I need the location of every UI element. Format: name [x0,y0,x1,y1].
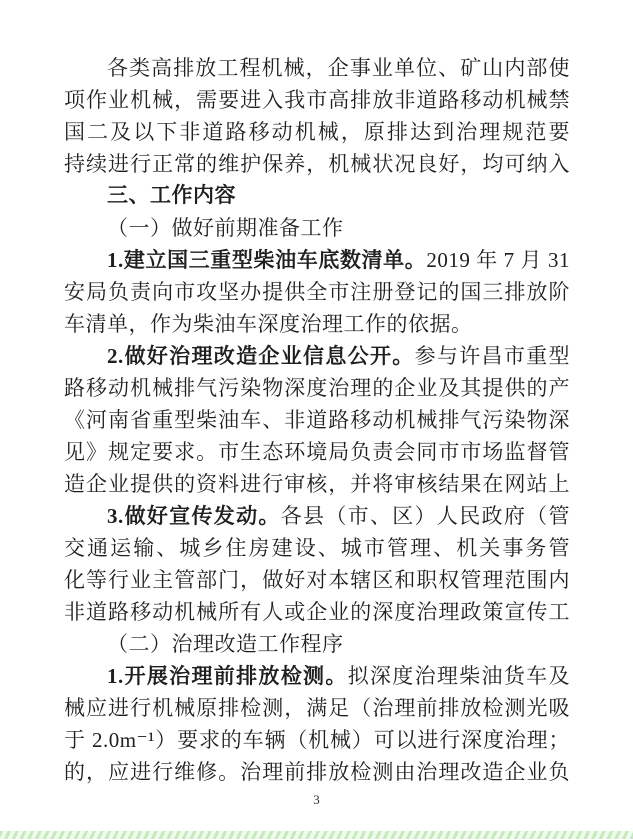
item-1-diesel-truck-list: 安局负责向市攻坚办提供全市注册登记的国三排放阶段重型柴油 [64,276,570,308]
bold-lead-text: 2.做好治理改造企业信息公开。 [107,344,415,368]
body-text: （一）做好前期准备工作 [107,216,344,240]
heading-section-three: 三、工作内容 [64,180,570,212]
item-4-pre-treatment-emission-test: 的，应进行维修。治理前排放检测由治理改造企业负责，选择省内 [64,756,570,788]
item-3-publicity: 3.做好宣传发动。各县（市、区）人民政府（管委会）和公安、 [64,500,570,532]
body-text: 造企业提供的资料进行审核，并将审核结果在网站上予以公示。 [64,472,570,500]
body-text: 车清单，作为柴油车深度治理工作的依据。 [64,312,473,336]
item-2-enterprise-info-disclosure: 造企业提供的资料进行审核，并将审核结果在网站上予以公示。 [64,468,570,500]
bold-lead-text: 1.建立国三重型柴油车底数清单。 [107,248,426,272]
item-1-diesel-truck-list: 1.建立国三重型柴油车底数清单。2019 年 7 月 31 日前，市公 [64,244,570,276]
body-text: 的，应进行维修。治理前排放检测由治理改造企业负责，选择省内 [64,760,570,788]
body-text: 各类高排放工程机械，企事业单位、矿山内部使用的高排放专 [64,56,570,84]
body-text: 交通运输、城乡住房建设、城市管理、机关事务管理、工业与信息 [64,536,570,564]
item-2-enterprise-info-disclosure: 2.做好治理改造企业信息公开。参与许昌市重型柴油车、非道 [64,340,570,372]
document-page: 各类高排放工程机械，企事业单位、矿山内部使用的高排放专项作业机械，需要进入我市高… [0,0,633,840]
item-2-enterprise-info-disclosure: 路移动机械排气污染物深度治理的企业及其提供的产品，应达到 [64,372,570,404]
item-2-enterprise-info-disclosure: 见》规定要求。市生态环境局负责会同市市场监督管理局对治理改 [64,436,570,468]
heading-sub-two: （二）治理改造工作程序 [64,628,570,660]
body-text: 项作业机械，需要进入我市高排放非道路移动机械禁用区内作业的 [64,88,570,116]
footer-decorative-stripe [0,831,633,839]
intro-paragraph: 项作业机械，需要进入我市高排放非道路移动机械禁用区内作业的 [64,84,570,116]
bold-lead-text: 1.开展治理前排放检测。 [107,664,348,688]
item-4-pre-treatment-emission-test: 于 2.0m⁻¹）要求的车辆（机械）可以进行深度治理；不能满足要求 [64,724,570,756]
intro-paragraph: 各类高排放工程机械，企事业单位、矿山内部使用的高排放专 [64,52,570,84]
body-text: 《河南省重型柴油车、非道路移动机械排气污染物深度治理指导意 [64,408,570,436]
item-3-publicity: 交通运输、城乡住房建设、城市管理、机关事务管理、工业与信息 [64,532,570,564]
body-text: 路移动机械排气污染物深度治理的企业及其提供的产品，应达到 [64,376,570,404]
body-text: 国二及以下非道路移动机械，原排达到治理规范要求，改造前机械 [64,120,570,148]
bold-lead-text: 3.做好宣传发动。 [107,504,281,528]
body-text: 化等行业主管部门，做好对本辖区和职权管理范围内重型柴油车和 [64,568,570,596]
body-text: 见》规定要求。市生态环境局负责会同市市场监督管理局对治理改 [64,440,570,468]
item-1-diesel-truck-list: 车清单，作为柴油车深度治理工作的依据。 [64,308,570,340]
body-text: 械应进行机械原排检测，满足（治理前排放检测光吸收系数值不大 [64,696,570,724]
intro-paragraph: 持续进行正常的维护保养，机械状况良好，均可纳入治理范围。 [64,148,570,180]
body-text: （二）治理改造工作程序 [107,632,344,656]
heading-sub-one: （一）做好前期准备工作 [64,212,570,244]
body-text: 三、工作内容 [107,184,236,207]
document-body: 各类高排放工程机械，企事业单位、矿山内部使用的高排放专项作业机械，需要进入我市高… [64,52,570,788]
item-4-pre-treatment-emission-test: 械应进行机械原排检测，满足（治理前排放检测光吸收系数值不大 [64,692,570,724]
item-4-pre-treatment-emission-test: 1.开展治理前排放检测。拟深度治理柴油货车及非道路移动机 [64,660,570,692]
body-text: 安局负责向市攻坚办提供全市注册登记的国三排放阶段重型柴油 [64,280,570,308]
intro-paragraph: 国二及以下非道路移动机械，原排达到治理规范要求，改造前机械 [64,116,570,148]
item-2-enterprise-info-disclosure: 《河南省重型柴油车、非道路移动机械排气污染物深度治理指导意 [64,404,570,436]
item-3-publicity: 化等行业主管部门，做好对本辖区和职权管理范围内重型柴油车和 [64,564,570,596]
body-text: 非道路移动机械所有人或企业的深度治理政策宣传工作。 [64,600,570,628]
page-number: 3 [0,790,633,810]
body-text: 持续进行正常的维护保养，机械状况良好，均可纳入治理范围。 [64,152,570,180]
item-3-publicity: 非道路移动机械所有人或企业的深度治理政策宣传工作。 [64,596,570,628]
body-text: 于 2.0m⁻¹）要求的车辆（机械）可以进行深度治理；不能满足要求 [64,728,570,756]
